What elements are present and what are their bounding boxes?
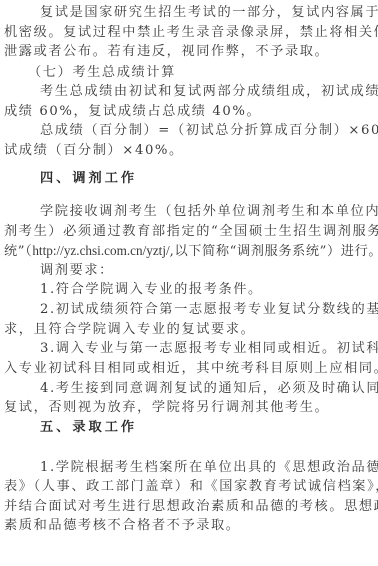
admission-1-line2: 表》（人事、政工部门盖章）和《国家教育考试诚信档案》，	[4, 478, 374, 496]
paragraph-score-composition-line2: 成绩 60%，复试成绩占总成绩 40%。	[4, 103, 374, 121]
admission-1-line4: 素质和品德考核不合格者不予录取。	[4, 517, 374, 535]
requirement-2-line1: 2.初试成绩须符合第一志愿报考专业复试分数线的基本要	[40, 301, 374, 319]
paragraph-adjustment-line3: 统”（http://yz.chsi.com.cn/yztj/,以下简称“调剂服务…	[4, 242, 374, 261]
paragraph-retest-confidential-line1: 复试是国家研究生招生考试的一部分，复试内容属于国家	[40, 4, 374, 22]
section-heading-admission: 五、录取工作	[40, 419, 374, 437]
requirement-1: 1.符合学院调入专业的报考条件。	[40, 281, 374, 299]
paragraph-adjustment-line1: 学院接收调剂考生（包括外单位调剂考生和本单位内部调	[40, 203, 374, 221]
requirement-2-line2: 求，且符合学院调入专业的复试要求。	[4, 321, 374, 339]
paragraph-score-formula-line1: 总成绩（百分制）=（初试总分折算成百分制）×60%＋复	[40, 122, 374, 140]
requirement-3-line1: 3.调入专业与第一志愿报考专业相同或相近。初试科目与调	[40, 340, 374, 358]
subheading-total-score: （七）考生总成绩计算	[28, 64, 378, 82]
paragraph-retest-confidential-line2: 机密级。复试过程中禁止考生录音录像录屏，禁止将相关信息	[4, 24, 374, 42]
paragraph-score-formula-line2: 试成绩（百分制）×40%。	[4, 142, 374, 160]
paragraph-adjustment-line2: 剂考生）必须通过教育部指定的“全国硕士生招生调剂服务系	[4, 223, 374, 241]
requirement-4-line2: 复试，否则视为放弃，学院将另行调剂其他考生。	[4, 399, 374, 417]
requirement-3-line2: 入专业初试科目相同或相近，其中统考科目原则上应相同。	[4, 360, 374, 378]
adjustment-requirements-label: 调剂要求：	[40, 262, 374, 280]
admission-1-line1: 1.学院根据考生档案所在单位出具的《思想政治品德审查	[40, 459, 374, 477]
adjustment-line3-prefix: 统”（	[4, 244, 32, 259]
section-heading-adjustment: 四、调剂工作	[40, 170, 374, 188]
paragraph-score-composition-line1: 考生总成绩由初试和复试两部分成绩组成，初试成绩占总	[40, 83, 374, 101]
admission-1-line3: 并结合面试对考生进行思想政治素质和品德的考核。思想政治	[4, 498, 374, 516]
adjustment-line3-suffix: ,以下简称“调剂服务系统”）进行。	[170, 244, 378, 259]
paragraph-retest-confidential-line3: 泄露或者公布。若有违反，视同作弊，不予录取。	[4, 43, 374, 61]
requirement-4-line1: 4.考生接到同意调剂复试的通知后，必须及时确认同意调剂	[40, 380, 374, 398]
adjustment-system-link[interactable]: http://yz.chsi.com.cn/yztj/	[32, 243, 169, 258]
